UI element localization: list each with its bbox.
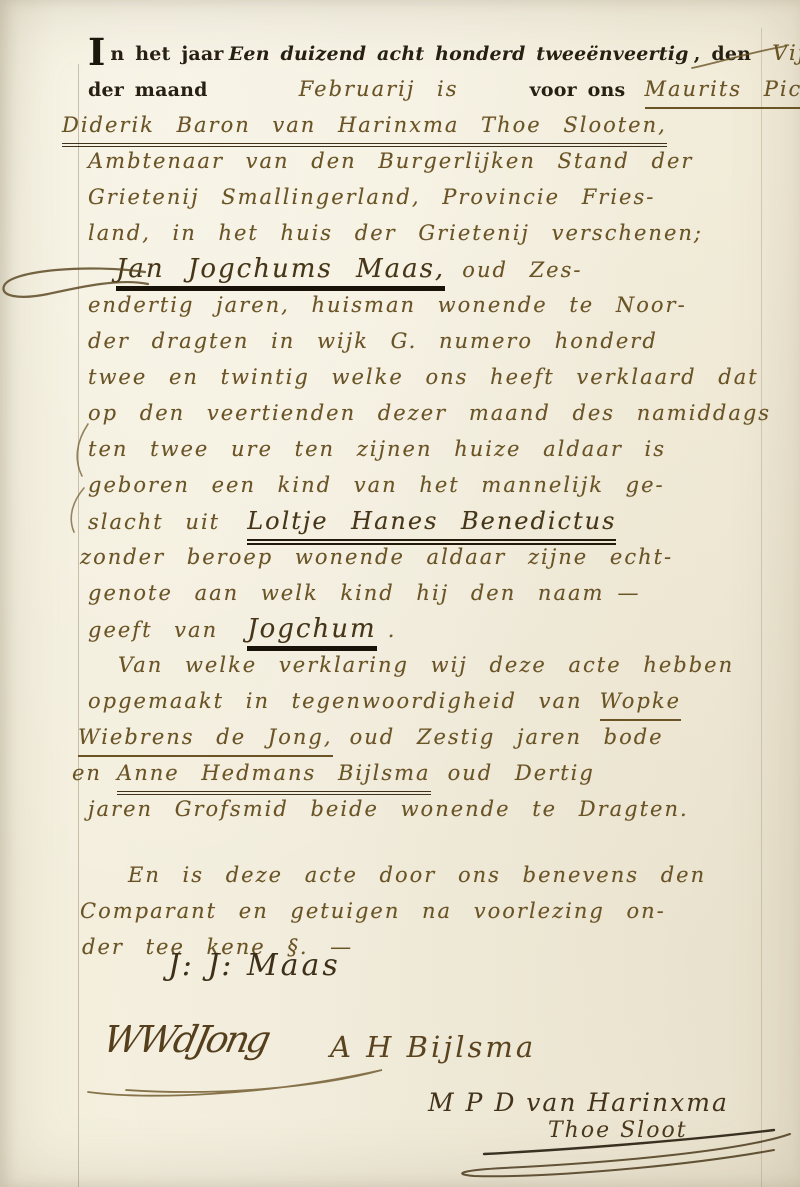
- hand-line: twee en twintig welke ons heeft verklaar…: [0, 360, 800, 396]
- text-segment: Jogchum: [247, 612, 376, 651]
- printed-line-1: I n het jaar Een duizend acht honderd tw…: [0, 36, 800, 72]
- text-segment: En is deze acte door ons benevens den: [128, 858, 706, 892]
- text-segment: oud Zes-: [462, 253, 582, 287]
- text-segment: twee en twintig welke ons heeft verklaar…: [88, 360, 759, 394]
- signature-witness-bijlsma: A H Bijlsma: [330, 1030, 536, 1064]
- text-segment: zonder beroep wonende aldaar zijne echt-: [80, 540, 673, 574]
- hand-line-witness-2: en Anne Hedmans Bijlsma oud Dertig: [0, 756, 800, 792]
- text-segment: geeft van: [88, 613, 218, 647]
- text-segment: op den veertienden dezer maand des namid…: [88, 396, 771, 430]
- text-segment: Grietenij Smallingerland, Provincie Frie…: [88, 180, 655, 214]
- printed-line-2: der maand Februarij is voor ons Maurits …: [0, 72, 800, 108]
- hand-line-witness-1: opgemaakt in tegenwoordigheid van Wopke: [0, 684, 800, 720]
- hand-line: Ambtenaar van den Burgerlijken Stand der: [0, 144, 800, 180]
- text-segment: Maurits Pico: [645, 72, 800, 109]
- text-segment: voor ons: [530, 73, 626, 107]
- signature-witness-dejong: WWdJong: [99, 1018, 272, 1061]
- hand-line: zonder beroep wonende aldaar zijne echt-: [0, 540, 800, 576]
- hand-line-closing: Comparant en getuigen na voorlezing on-: [0, 894, 800, 930]
- hand-line: genote aan welk kind hij den naam —: [0, 576, 800, 612]
- text-segment: oud Dertig: [448, 756, 595, 790]
- hand-line-child-father: Jan Jogchums Maas, oud Zes-: [0, 252, 800, 288]
- hand-line: ten twee ure ten zijnen huize aldaar is: [0, 432, 800, 468]
- text-segment: ten twee ure ten zijnen huize aldaar is: [88, 432, 666, 466]
- text-segment: genote aan welk kind hij den naam: [88, 576, 604, 610]
- hand-line: geboren een kind van het mannelijk ge-: [0, 468, 800, 504]
- text-segment: Anne Hedmans Bijlsma: [117, 756, 431, 795]
- text-segment: Een duizend acht honderd tweeënveertig: [229, 37, 689, 71]
- document-body: I n het jaar Een duizend acht honderd tw…: [0, 36, 800, 966]
- text-segment: geboren een kind van het mannelijk ge-: [88, 468, 665, 502]
- hand-line-closing: En is deze acte door ons benevens den: [0, 858, 800, 894]
- text-segment: Vijftienden: [772, 36, 800, 70]
- hand-line-child-name: geeft van Jogchum .: [0, 612, 800, 648]
- text-segment: land, in het huis der Grietenij verschen…: [88, 216, 703, 250]
- text-segment: slacht uit: [88, 505, 220, 539]
- hand-line: Diderik Baron van Harinxma Thoe Slooten,: [0, 108, 800, 144]
- signature-dejong-flourish: [86, 1062, 386, 1102]
- text-segment: .: [388, 613, 397, 647]
- text-segment: der dragten in wijk G. numero honderd: [88, 324, 658, 358]
- document-page: I n het jaar Een duizend acht honderd tw…: [0, 0, 800, 1187]
- text-segment: Wopke: [600, 684, 681, 721]
- hand-line: land, in het huis der Grietenij verschen…: [0, 216, 800, 252]
- signature-declarant-maas: J: J: Maas: [168, 948, 341, 983]
- text-segment: Comparant en getuigen na voorlezing on-: [80, 894, 666, 928]
- text-segment: jaren Grofsmid beide wonende te Dragten.: [88, 792, 689, 826]
- text-segment: endertig jaren, huisman wonende te Noor-: [88, 288, 687, 322]
- text-segment: der maand: [88, 73, 208, 107]
- text-segment: —: [618, 576, 641, 610]
- hand-line: der dragten in wijk G. numero honderd: [0, 324, 800, 360]
- text-segment: Jan Jogchums Maas,: [116, 252, 445, 291]
- text-segment: Wiebrens de Jong,: [78, 720, 333, 757]
- signature-registrar-harinxma: M P D van Harinxma: [428, 1088, 729, 1117]
- text-segment: Van welke verklaring wij deze acte hebbe…: [118, 648, 734, 682]
- hand-line: jaren Grofsmid beide wonende te Dragten.: [0, 792, 800, 828]
- hand-line: endertig jaren, huisman wonende te Noor-: [0, 288, 800, 324]
- text-segment: Diderik Baron van Harinxma Thoe Slooten,: [62, 108, 667, 147]
- text-segment: I: [88, 42, 105, 62]
- hand-line: op den veertienden dezer maand des namid…: [0, 396, 800, 432]
- text-segment: oud Zestig jaren bode: [350, 720, 664, 754]
- text-segment: n het jaar: [110, 37, 223, 71]
- hand-line-closing: der tee kene §. —: [0, 930, 800, 966]
- text-segment: Loltje Hanes Benedictus: [247, 504, 616, 545]
- hand-line: Grietenij Smallingerland, Provincie Frie…: [0, 180, 800, 216]
- text-segment: en: [72, 756, 102, 790]
- hand-line-mother: slacht uit Loltje Hanes Benedictus: [0, 504, 800, 540]
- signature-registrar-thoe-sloot: Thoe Sloot: [548, 1118, 688, 1143]
- text-segment: , den: [694, 37, 751, 71]
- hand-line-witness-1b: Wiebrens de Jong, oud Zestig jaren bode: [0, 720, 800, 756]
- text-segment: Februarij is: [299, 72, 459, 106]
- text-segment: opgemaakt in tegenwoordigheid van: [88, 684, 583, 718]
- text-segment: Ambtenaar van den Burgerlijken Stand der: [88, 144, 693, 178]
- hand-line: Van welke verklaring wij deze acte hebbe…: [0, 648, 800, 684]
